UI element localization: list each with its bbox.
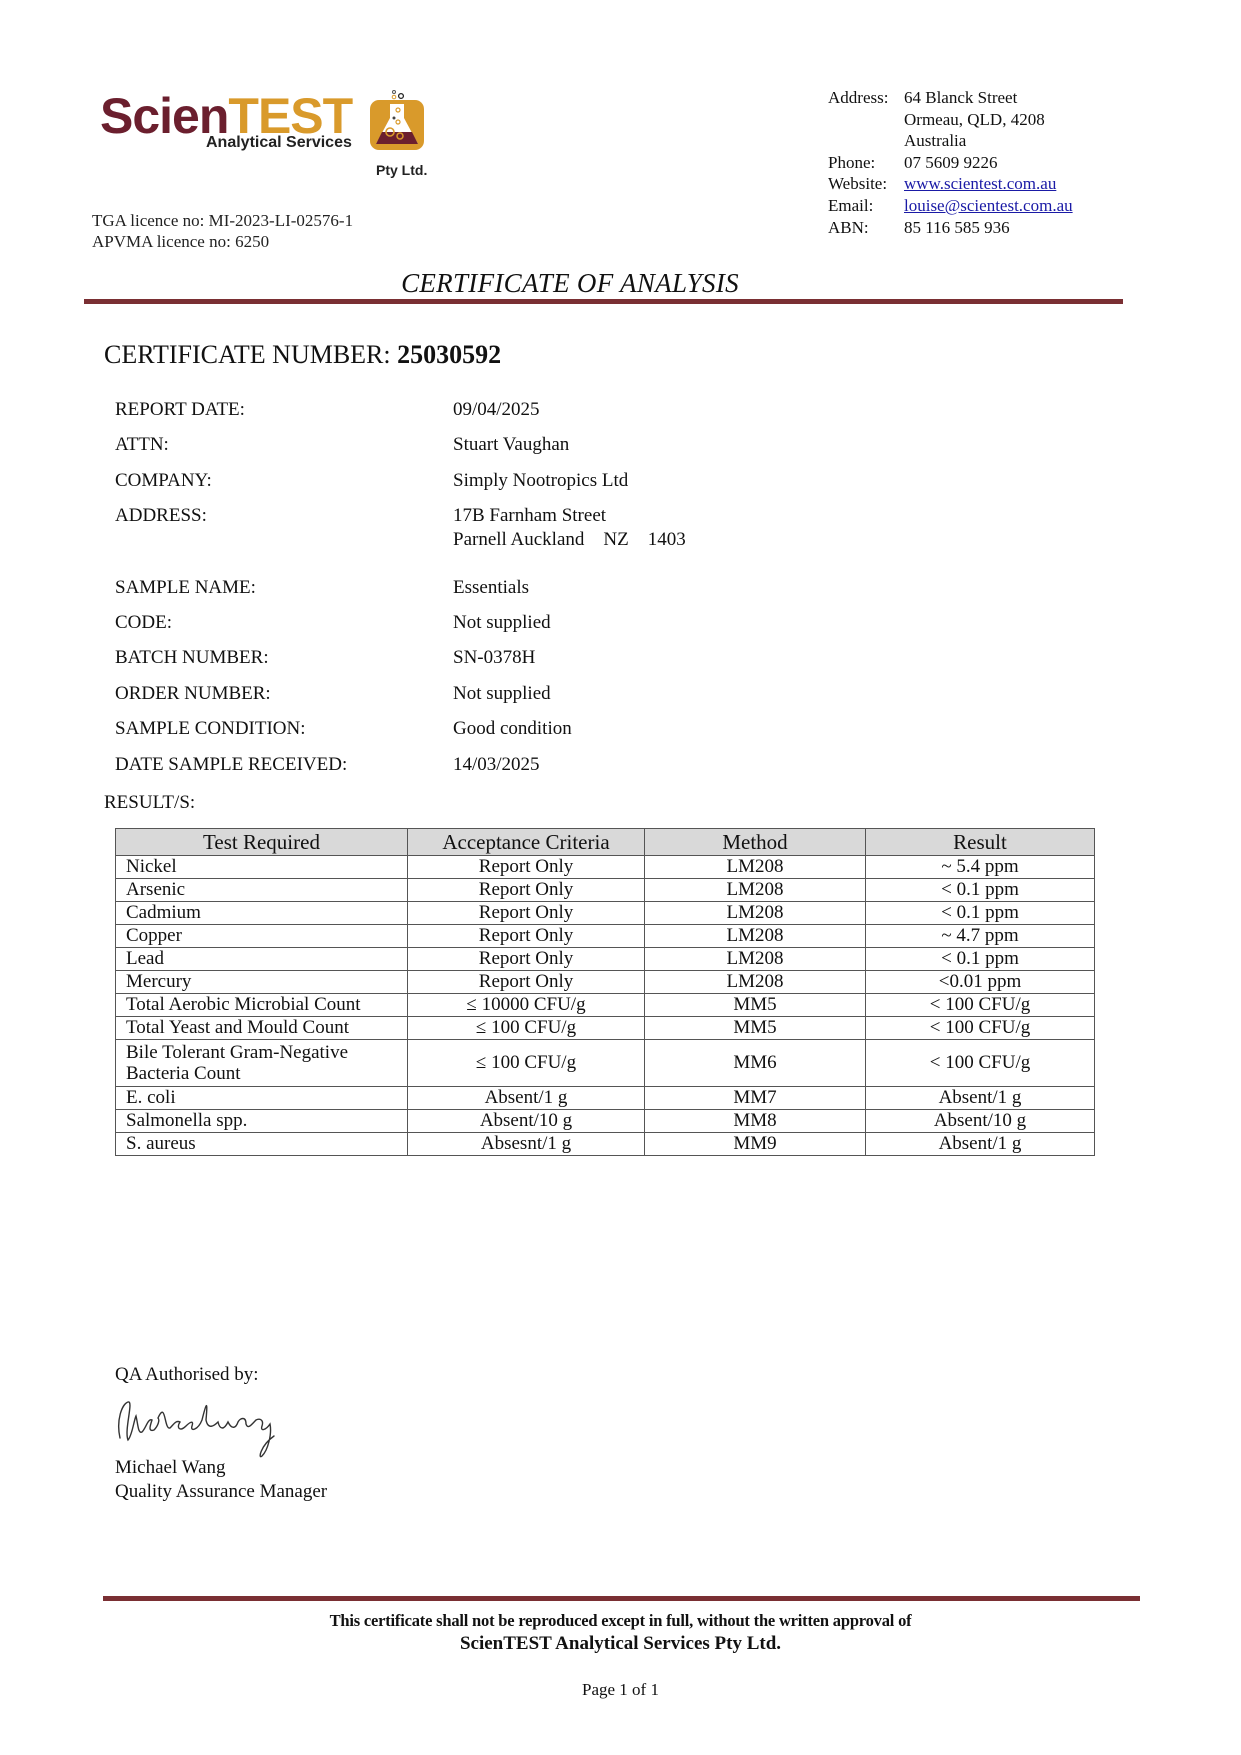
cell-acceptance-criteria: Report Only	[408, 948, 645, 971]
table-row: Total Aerobic Microbial Count≤ 10000 CFU…	[116, 994, 1095, 1017]
table-row: CopperReport OnlyLM208~ 4.7 ppm	[116, 925, 1095, 948]
cell-acceptance-criteria: ≤ 100 CFU/g	[408, 1040, 645, 1087]
cell-acceptance-criteria: Report Only	[408, 925, 645, 948]
cell-result: < 0.1 ppm	[866, 948, 1095, 971]
detail-label: ATTN:	[115, 433, 169, 457]
detail-value: 14/03/2025	[453, 753, 540, 777]
email-label: Email:	[828, 195, 904, 217]
cell-test-required: Total Aerobic Microbial Count	[116, 994, 408, 1017]
detail-value-line-2: Parnell Auckland NZ 1403	[453, 528, 686, 552]
detail-label: ORDER NUMBER:	[115, 682, 271, 706]
header-method: Method	[645, 829, 866, 856]
cell-method: MM8	[645, 1110, 866, 1133]
cell-test-required: E. coli	[116, 1087, 408, 1110]
cell-result: Absent/10 g	[866, 1110, 1095, 1133]
cell-method: MM6	[645, 1040, 866, 1087]
table-header-row: Test Required Acceptance Criteria Method…	[116, 829, 1095, 856]
table-row: CadmiumReport OnlyLM208< 0.1 ppm	[116, 902, 1095, 925]
cell-acceptance-criteria: Absesnt/1 g	[408, 1133, 645, 1156]
results-table: Test Required Acceptance Criteria Method…	[115, 828, 1095, 1156]
flask-icon	[368, 88, 428, 152]
cell-test-required: Bile Tolerant Gram-Negative Bacteria Cou…	[116, 1040, 408, 1087]
cell-result: < 100 CFU/g	[866, 1017, 1095, 1040]
detail-value: Not supplied	[453, 611, 551, 635]
cell-acceptance-criteria: Report Only	[408, 856, 645, 879]
certificate-number: CERTIFICATE NUMBER: 25030592	[104, 340, 501, 370]
detail-label: ADDRESS:	[115, 504, 207, 528]
cell-method: LM208	[645, 902, 866, 925]
cell-acceptance-criteria: Absent/10 g	[408, 1110, 645, 1133]
address-line-2: Ormeau, QLD, 4208	[904, 109, 1045, 131]
cell-method: MM5	[645, 994, 866, 1017]
cell-method: LM208	[645, 948, 866, 971]
cell-acceptance-criteria: ≤ 10000 CFU/g	[408, 994, 645, 1017]
table-row: Total Yeast and Mould Count≤ 100 CFU/gMM…	[116, 1017, 1095, 1040]
address-label: Address:	[828, 87, 904, 109]
cell-acceptance-criteria: ≤ 100 CFU/g	[408, 1017, 645, 1040]
cell-method: LM208	[645, 971, 866, 994]
cell-method: MM7	[645, 1087, 866, 1110]
detail-label: REPORT DATE:	[115, 398, 245, 422]
qa-authorised-label: QA Authorised by:	[115, 1363, 259, 1387]
website-link[interactable]: www.scientest.com.au	[904, 173, 1056, 195]
table-row: ArsenicReport OnlyLM208< 0.1 ppm	[116, 879, 1095, 902]
cell-result: ~ 5.4 ppm	[866, 856, 1095, 879]
cell-test-required: Copper	[116, 925, 408, 948]
detail-value: 09/04/2025	[453, 398, 540, 422]
results-label: RESULT/S:	[104, 792, 195, 814]
detail-value: Good condition	[453, 717, 572, 741]
detail-value: Not supplied	[453, 682, 551, 706]
detail-label: CODE:	[115, 611, 172, 635]
cell-test-required: S. aureus	[116, 1133, 408, 1156]
detail-label: SAMPLE NAME:	[115, 576, 256, 600]
detail-value: Stuart Vaughan	[453, 433, 569, 457]
page-number: Page 1 of 1	[0, 1680, 1241, 1700]
detail-value: Simply Nootropics Ltd	[453, 469, 628, 493]
cell-method: LM208	[645, 925, 866, 948]
company-logo: ScienTEST Analytical Services Pty Ltd.	[100, 88, 440, 178]
cell-test-required: Mercury	[116, 971, 408, 994]
apvma-licence: APVMA licence no: 6250	[92, 231, 269, 252]
table-row: E. coliAbsent/1 gMM7Absent/1 g	[116, 1087, 1095, 1110]
address-line-1: 64 Blanck Street	[904, 87, 1017, 109]
detail-value: Essentials	[453, 576, 529, 600]
table-row: S. aureusAbsesnt/1 gMM9Absent/1 g	[116, 1133, 1095, 1156]
cell-result: Absent/1 g	[866, 1087, 1095, 1110]
cell-acceptance-criteria: Report Only	[408, 879, 645, 902]
cell-result: <0.01 ppm	[866, 971, 1095, 994]
tga-licence: TGA licence no: MI-2023-LI-02576-1	[92, 210, 353, 231]
cell-test-required: Total Yeast and Mould Count	[116, 1017, 408, 1040]
signatory-name: Michael Wang	[115, 1456, 226, 1480]
detail-value: SN-0378H	[453, 646, 535, 670]
detail-label: BATCH NUMBER:	[115, 646, 269, 670]
cell-acceptance-criteria: Absent/1 g	[408, 1087, 645, 1110]
certificate-number-value: 25030592	[397, 340, 501, 369]
cell-result: < 100 CFU/g	[866, 1040, 1095, 1087]
cell-result: ~ 4.7 ppm	[866, 925, 1095, 948]
signature-image	[114, 1390, 294, 1460]
detail-label: COMPANY:	[115, 469, 212, 493]
table-row: Salmonella spp.Absent/10 gMM8Absent/10 g	[116, 1110, 1095, 1133]
address-line-3: Australia	[904, 130, 966, 152]
table-row: MercuryReport OnlyLM208<0.01 ppm	[116, 971, 1095, 994]
footer-company-name: ScienTEST Analytical Services Pty Ltd.	[0, 1633, 1241, 1655]
cell-method: MM9	[645, 1133, 866, 1156]
phone-label: Phone:	[828, 152, 904, 174]
certificate-number-label: CERTIFICATE NUMBER:	[104, 340, 391, 369]
table-row: LeadReport OnlyLM208< 0.1 ppm	[116, 948, 1095, 971]
cell-method: MM5	[645, 1017, 866, 1040]
reproduction-notice: This certificate shall not be reproduced…	[0, 1611, 1241, 1631]
table-row: Bile Tolerant Gram-Negative Bacteria Cou…	[116, 1040, 1095, 1087]
email-link[interactable]: louise@scientest.com.au	[904, 195, 1073, 217]
logo-subtitle: Analytical Services	[206, 134, 352, 152]
cell-result: < 100 CFU/g	[866, 994, 1095, 1017]
header-acceptance-criteria: Acceptance Criteria	[408, 829, 645, 856]
cell-acceptance-criteria: Report Only	[408, 902, 645, 925]
header-divider	[84, 299, 1123, 304]
website-label: Website:	[828, 173, 904, 195]
detail-label: SAMPLE CONDITION:	[115, 717, 306, 741]
table-row: NickelReport OnlyLM208~ 5.4 ppm	[116, 856, 1095, 879]
phone-value: 07 5609 9226	[904, 152, 998, 174]
cell-test-required: Arsenic	[116, 879, 408, 902]
logo-suffix: Pty Ltd.	[376, 162, 427, 178]
cell-test-required: Nickel	[116, 856, 408, 879]
cell-method: LM208	[645, 856, 866, 879]
cell-test-required: Cadmium	[116, 902, 408, 925]
footer-divider	[103, 1596, 1140, 1601]
cell-acceptance-criteria: Report Only	[408, 971, 645, 994]
cell-test-required: Salmonella spp.	[116, 1110, 408, 1133]
header-result: Result	[866, 829, 1095, 856]
cell-result: Absent/1 g	[866, 1133, 1095, 1156]
cell-method: LM208	[645, 879, 866, 902]
document-title: CERTIFICATE OF ANALYSIS	[0, 268, 1140, 299]
abn-value: 85 116 585 936	[904, 217, 1010, 239]
signatory-position: Quality Assurance Manager	[115, 1480, 327, 1504]
abn-label: ABN:	[828, 217, 904, 239]
cell-result: < 0.1 ppm	[866, 902, 1095, 925]
cell-test-required: Lead	[116, 948, 408, 971]
detail-value: 17B Farnham Street	[453, 504, 606, 528]
detail-label: DATE SAMPLE RECEIVED:	[115, 753, 347, 777]
contact-block: Address:64 Blanck Street Ormeau, QLD, 42…	[828, 87, 1073, 238]
header-test-required: Test Required	[116, 829, 408, 856]
cell-result: < 0.1 ppm	[866, 879, 1095, 902]
